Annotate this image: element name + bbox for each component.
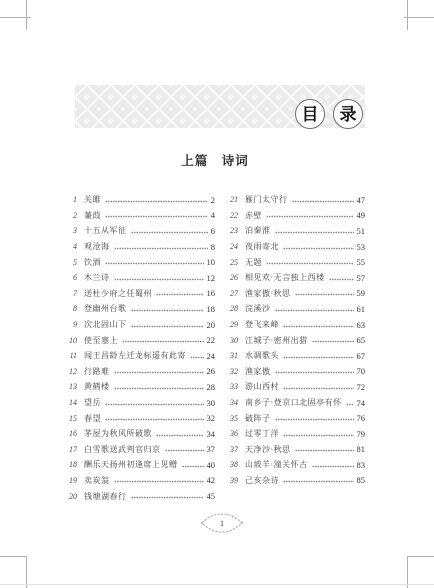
entry-number: 21 — [224, 195, 238, 204]
toc-entry: 2 蒹葭 4 — [63, 208, 215, 224]
entry-page: 40 — [207, 460, 216, 470]
toc-entry: 17 白雪歌送武判官归京 37 — [63, 442, 215, 458]
entry-title: 饮酒 — [84, 257, 101, 268]
toc-title-char-2: 录 — [340, 106, 357, 123]
toc-entry: 8 登幽州台歌 18 — [63, 301, 215, 317]
toc-entry: 16 茅屋为秋风所破歌 34 — [63, 426, 215, 442]
dot-leader — [283, 247, 354, 250]
entry-page: 49 — [357, 210, 366, 220]
toc-entry: 34 南乡子·登京口北固亭有怀 74 — [224, 395, 365, 411]
entry-title: 渔家傲 — [245, 366, 271, 377]
toc-entry: 11 闻王昌龄左迁龙标遥有此寄 24 — [63, 348, 215, 364]
entry-number: 26 — [224, 273, 238, 282]
folio-page-number: 1 — [200, 512, 244, 534]
entry-page: 74 — [357, 398, 366, 408]
dot-leader — [312, 465, 354, 468]
toc-column-right: 21 雁门太守行 47 22 赤壁 49 23 泊秦淮 51 24 夜雨寄北 5… — [224, 192, 365, 488]
entry-page: 24 — [207, 351, 216, 361]
dot-leader — [105, 215, 208, 218]
entry-page: 12 — [207, 273, 216, 283]
dot-leader — [295, 293, 354, 296]
entry-number: 17 — [63, 445, 77, 454]
dot-leader — [131, 309, 204, 312]
dot-leader — [283, 325, 354, 328]
entry-title: 渔家傲·秋思 — [245, 288, 291, 299]
entry-number: 37 — [224, 445, 238, 454]
entry-number: 24 — [224, 242, 238, 251]
entry-number: 13 — [63, 382, 77, 391]
entry-title: 白雪歌送武判官归京 — [84, 444, 161, 455]
entry-number: 34 — [224, 398, 238, 407]
entry-title: 使至塞上 — [84, 335, 118, 346]
entry-page: 22 — [207, 335, 216, 345]
dot-leader — [275, 371, 354, 374]
entry-page: 26 — [207, 366, 216, 376]
entry-page: 81 — [357, 444, 366, 454]
entry-title: 泊秦淮 — [245, 225, 271, 236]
entry-title: 山坡羊·潼关怀古 — [245, 459, 308, 470]
toc-entry: 23 泊秦淮 51 — [224, 223, 365, 239]
entry-page: 32 — [207, 413, 216, 423]
entry-title: 春望 — [84, 413, 101, 424]
entry-page: 85 — [357, 475, 366, 485]
crop-mark-top-left-vertical — [26, 0, 27, 30]
entry-number: 32 — [224, 367, 238, 376]
entry-page: 79 — [357, 429, 366, 439]
toc-title-char-circle-2: 录 — [333, 99, 363, 129]
entry-title: 望岳 — [84, 397, 101, 408]
entry-number: 38 — [224, 460, 238, 469]
entry-page: 55 — [357, 257, 366, 267]
entry-title: 江城子·密州出猎 — [245, 335, 308, 346]
toc-entry: 25 无题 55 — [224, 254, 365, 270]
entry-title: 蒹葭 — [84, 210, 101, 221]
crop-mark-bottom-left-horizontal — [0, 556, 26, 557]
entry-page: 2 — [211, 195, 215, 205]
entry-page: 16 — [207, 288, 216, 298]
entry-number: 4 — [63, 242, 77, 251]
entry-number: 10 — [63, 336, 77, 345]
dot-leader — [105, 403, 204, 406]
dot-leader — [283, 387, 354, 390]
entry-number: 27 — [224, 289, 238, 298]
dot-leader — [275, 418, 354, 421]
toc-entry: 5 饮酒 10 — [63, 254, 215, 270]
dot-leader — [182, 465, 204, 468]
toc-entry: 3 十五从军征 6 — [63, 223, 215, 239]
entry-page: 10 — [207, 257, 216, 267]
crop-mark-bottom-right-horizontal — [408, 556, 434, 557]
entry-title: 黄鹤楼 — [84, 381, 110, 392]
entry-title: 己亥杂诗 — [245, 475, 279, 486]
entry-title: 相见欢·无言独上西楼 — [245, 272, 325, 283]
toc-entry: 13 黄鹤楼 28 — [63, 379, 215, 395]
dot-leader — [190, 356, 204, 359]
dot-leader — [114, 247, 208, 250]
entry-number: 20 — [63, 492, 77, 501]
page-number-ornament: 1 — [200, 512, 244, 534]
entry-page: 67 — [357, 351, 366, 361]
toc-entry: 6 木兰诗 12 — [63, 270, 215, 286]
dot-leader — [105, 262, 204, 265]
entry-number: 18 — [63, 460, 77, 469]
entry-title: 天净沙·秋思 — [245, 444, 291, 455]
entry-title: 登幽州台歌 — [84, 303, 127, 314]
toc-title-char-circle-1: 目 — [295, 99, 325, 129]
crop-mark-top-left-horizontal — [0, 17, 30, 18]
entry-number: 12 — [63, 367, 77, 376]
toc-entry: 7 送杜少府之任蜀州 16 — [63, 286, 215, 302]
entry-number: 28 — [224, 304, 238, 313]
entry-title: 浣溪沙 — [245, 303, 271, 314]
entry-page: 37 — [207, 444, 216, 454]
entry-page: 72 — [357, 382, 366, 392]
entry-number: 30 — [224, 336, 238, 345]
toc-entry: 12 行路难 26 — [63, 364, 215, 380]
entry-number: 23 — [224, 226, 238, 235]
toc-entry: 28 浣溪沙 61 — [224, 301, 365, 317]
dot-leader — [346, 403, 354, 406]
entry-page: 18 — [207, 304, 216, 314]
entry-title: 夜雨寄北 — [245, 241, 279, 252]
entry-number: 15 — [63, 414, 77, 423]
entry-page: 53 — [357, 242, 366, 252]
toc-entry: 36 过零丁洋 79 — [224, 426, 365, 442]
entry-title: 水调歌头 — [245, 350, 279, 361]
entry-title: 破阵子 — [245, 413, 271, 424]
dot-leader — [283, 434, 354, 437]
entry-number: 36 — [224, 429, 238, 438]
entry-page: 28 — [207, 382, 216, 392]
dot-leader — [156, 434, 204, 437]
dot-leader — [131, 496, 204, 499]
dot-leader — [114, 278, 204, 281]
toc-entry: 29 登飞来峰 63 — [224, 317, 365, 333]
entry-title: 行路难 — [84, 366, 110, 377]
toc-entry: 39 己亥杂诗 85 — [224, 473, 365, 489]
crop-mark-top-right-vertical — [407, 0, 408, 30]
entry-page: 51 — [357, 226, 366, 236]
entry-page: 6 — [211, 226, 215, 236]
dot-leader — [292, 200, 354, 203]
entry-number: 11 — [63, 351, 77, 360]
entry-number: 33 — [224, 382, 238, 391]
toc-entry: 37 天净沙·秋思 81 — [224, 442, 365, 458]
section-title: 上篇 诗词 — [65, 151, 365, 169]
dot-leader — [131, 325, 204, 328]
toc-entry: 15 春望 32 — [63, 410, 215, 426]
dot-leader — [105, 200, 208, 203]
entry-number: 35 — [224, 414, 238, 423]
entry-page: 30 — [207, 398, 216, 408]
dot-leader — [122, 340, 204, 343]
entry-title: 送杜少府之任蜀州 — [84, 288, 152, 299]
entry-number: 6 — [63, 273, 77, 282]
entry-number: 5 — [63, 258, 77, 267]
entry-page: 47 — [357, 195, 366, 205]
entry-title: 木兰诗 — [84, 272, 110, 283]
toc-entry: 9 次北固山下 20 — [63, 317, 215, 333]
toc-entry: 1 关雎 2 — [63, 192, 215, 208]
entry-number: 16 — [63, 429, 77, 438]
dot-leader — [275, 309, 354, 312]
entry-page: 70 — [357, 366, 366, 376]
entry-number: 3 — [63, 226, 77, 235]
entry-title: 赤壁 — [245, 210, 262, 221]
entry-title: 雁门太守行 — [245, 194, 288, 205]
toc-entry: 22 赤壁 49 — [224, 208, 365, 224]
entry-number: 9 — [63, 320, 77, 329]
entry-number: 8 — [63, 304, 77, 313]
dot-leader — [114, 480, 204, 483]
entry-title: 登飞来峰 — [245, 319, 279, 330]
toc-entry: 33 游山西村 72 — [224, 379, 365, 395]
toc-entry: 20 钱塘湖春行 45 — [63, 488, 215, 504]
entry-page: 4 — [211, 210, 215, 220]
toc-title-char-1: 目 — [302, 106, 319, 123]
dot-leader — [283, 356, 354, 359]
entry-number: 29 — [224, 320, 238, 329]
toc-entry: 14 望岳 30 — [63, 395, 215, 411]
dot-leader — [312, 340, 354, 343]
dot-leader — [114, 387, 204, 390]
toc-entry: 27 渔家傲·秋思 59 — [224, 286, 365, 302]
entry-page: 65 — [357, 335, 366, 345]
toc-entry: 4 观沧海 8 — [63, 239, 215, 255]
entry-title: 卖炭翁 — [84, 475, 110, 486]
entry-number: 39 — [224, 476, 238, 485]
entry-page: 34 — [207, 429, 216, 439]
dot-leader — [275, 231, 354, 234]
entry-title: 闻王昌龄左迁龙标遥有此寄 — [84, 350, 186, 361]
entry-title: 钱塘湖春行 — [84, 491, 127, 502]
entry-page: 20 — [207, 320, 216, 330]
entry-number: 1 — [63, 195, 77, 204]
entry-title: 十五从军征 — [84, 225, 127, 236]
toc-entry: 26 相见欢·无言独上西楼 57 — [224, 270, 365, 286]
dot-leader — [266, 215, 354, 218]
entry-page: 63 — [357, 320, 366, 330]
entry-title: 过零丁洋 — [245, 428, 279, 439]
dot-leader — [156, 293, 204, 296]
toc-entry: 35 破阵子 76 — [224, 410, 365, 426]
entry-title: 观沧海 — [84, 241, 110, 252]
entry-title: 关雎 — [84, 194, 101, 205]
entry-page: 8 — [211, 242, 215, 252]
entry-title: 茅屋为秋风所破歌 — [84, 428, 152, 439]
dot-leader — [329, 278, 354, 281]
toc-entry: 19 卖炭翁 42 — [63, 473, 215, 489]
toc-entry: 24 夜雨寄北 53 — [224, 239, 365, 255]
entry-number: 2 — [63, 211, 77, 220]
page-bottom-edge-line — [0, 584, 434, 585]
toc-entry: 38 山坡羊·潼关怀古 83 — [224, 457, 365, 473]
entry-title: 次北固山下 — [84, 319, 127, 330]
toc-entry: 30 江城子·密州出猎 65 — [224, 332, 365, 348]
entry-page: 76 — [357, 413, 366, 423]
toc-page: 目 录 上篇 诗词 1 关雎 2 2 蒹葭 4 3 十五从军征 6 4 观沧海 … — [0, 0, 434, 588]
entry-number: 31 — [224, 351, 238, 360]
toc-entry: 32 渔家傲 70 — [224, 364, 365, 380]
entry-page: 42 — [207, 475, 216, 485]
entry-page: 83 — [357, 460, 366, 470]
entry-number: 22 — [224, 211, 238, 220]
entry-title: 酬乐天扬州初逢席上见赠 — [84, 459, 178, 470]
toc-entry: 31 水调歌头 67 — [224, 348, 365, 364]
entry-page: 59 — [357, 288, 366, 298]
dot-leader — [114, 371, 204, 374]
toc-entry: 21 雁门太守行 47 — [224, 192, 365, 208]
entry-page: 45 — [207, 491, 216, 501]
dot-leader — [105, 418, 204, 421]
entry-number: 14 — [63, 398, 77, 407]
toc-column-left: 1 关雎 2 2 蒹葭 4 3 十五从军征 6 4 观沧海 8 5 饮酒 10 … — [63, 192, 215, 504]
entry-title: 南乡子·登京口北固亭有怀 — [245, 397, 342, 408]
dot-leader — [131, 231, 208, 234]
entry-page: 61 — [357, 304, 366, 314]
entry-number: 25 — [224, 258, 238, 267]
dot-leader — [295, 449, 354, 452]
dot-leader — [266, 262, 354, 265]
dot-leader — [283, 480, 354, 483]
toc-entry: 10 使至塞上 22 — [63, 332, 215, 348]
dot-leader — [165, 449, 204, 452]
entry-page: 57 — [357, 273, 366, 283]
entry-title: 游山西村 — [245, 381, 279, 392]
entry-number: 19 — [63, 476, 77, 485]
entry-title: 无题 — [245, 257, 262, 268]
toc-entry: 18 酬乐天扬州初逢席上见赠 40 — [63, 457, 215, 473]
entry-number: 7 — [63, 289, 77, 298]
crop-mark-top-right-horizontal — [404, 17, 434, 18]
